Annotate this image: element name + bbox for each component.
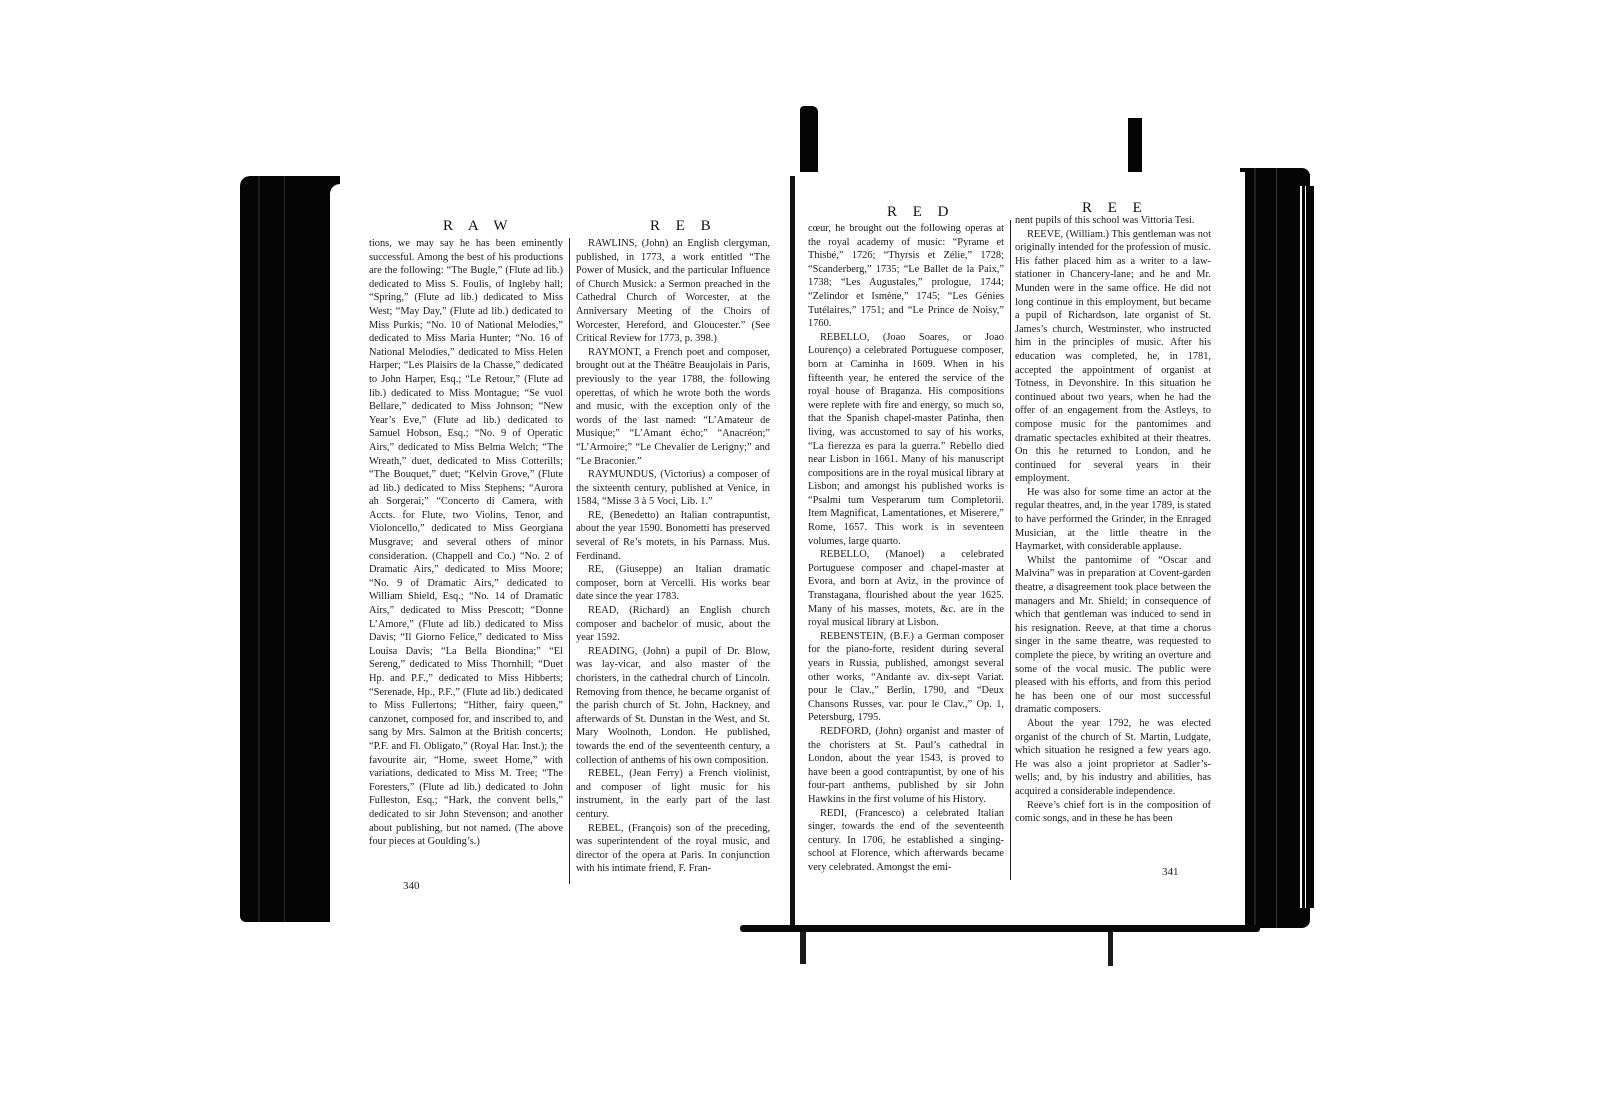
page-edges-right <box>1300 186 1314 908</box>
entry-read: READ, (Richard) an English church compos… <box>576 604 770 645</box>
entry-re-benedetto: RE, (Benedetto) an Italian contrapuntist… <box>576 509 770 563</box>
entry-rawlins: RAWLINS, (John) an English clergyman, pu… <box>576 237 770 346</box>
entry-rebel-jean: REBEL, (Jean Ferry) a French violinist, … <box>576 767 770 821</box>
running-head-raw: R A W <box>443 218 514 235</box>
entry-rebel-francois: REBEL, (François) son of the preceding, … <box>576 822 770 876</box>
right-page-column-1: cœur, he brought out the following opera… <box>808 222 1004 875</box>
entry-reeve-1792: About the year 1792, he was elected orga… <box>1015 717 1211 799</box>
book-cover-left <box>240 176 340 922</box>
entry-reeve-oscar: Whilst the pantomime of “Oscar and Malvi… <box>1015 554 1211 717</box>
entry-redi-cont: nent pupils of this school was Vittoria … <box>1015 214 1211 228</box>
entry-reeve: REEVE, (William.) This gentleman was not… <box>1015 228 1211 486</box>
entry-raymundus: RAYMUNDUS, (Victorius) a composer of the… <box>576 468 770 509</box>
entry-redi: REDI, (Francesco) a celebrated Italian s… <box>808 807 1004 875</box>
right-page-column-2: nent pupils of this school was Vittoria … <box>1015 214 1211 826</box>
book-clip-bottom-right <box>1108 928 1113 966</box>
entry-reading: READING, (John) a pupil of Dr. Blow, was… <box>576 645 770 767</box>
entry-rebello-joao: REBELLO, (Joao Soares, or Joao Lourenço)… <box>808 331 1004 549</box>
entry-redford: REDFORD, (John) organist and master of t… <box>808 725 1004 807</box>
book-clip-bottom <box>800 928 806 964</box>
column-rule <box>569 238 570 884</box>
page-number-right: 341 <box>1162 866 1179 878</box>
column-rule <box>1010 220 1011 880</box>
left-page-column-1: tions, we may say he has been eminently … <box>369 237 563 849</box>
entry-reeve-songs: Reeve’s chief fort is in the composition… <box>1015 799 1211 826</box>
running-head-red: R E D <box>887 204 955 221</box>
left-page-column-2: RAWLINS, (John) an English clergyman, pu… <box>576 237 770 876</box>
page-number-left: 340 <box>403 880 420 892</box>
book-bottom-edge <box>740 925 1260 932</box>
entry-rebel-cont: cœur, he brought out the following opera… <box>808 222 1004 331</box>
running-head-reb: R E B <box>650 218 717 235</box>
paragraph: tions, we may say he has been eminently … <box>369 237 563 849</box>
entry-rebenstein: REBENSTEIN, (B.F.) a German composer for… <box>808 630 1004 725</box>
entry-reeve-actor: He was also for some time an actor at th… <box>1015 486 1211 554</box>
entry-raymont: RAYMONT, a French poet and composer, bro… <box>576 346 770 468</box>
entry-re-giuseppe: RE, (Giuseppe) an Italian dramatic compo… <box>576 563 770 604</box>
entry-rebello-manoel: REBELLO, (Manoel) a celebrated Portugues… <box>808 548 1004 630</box>
